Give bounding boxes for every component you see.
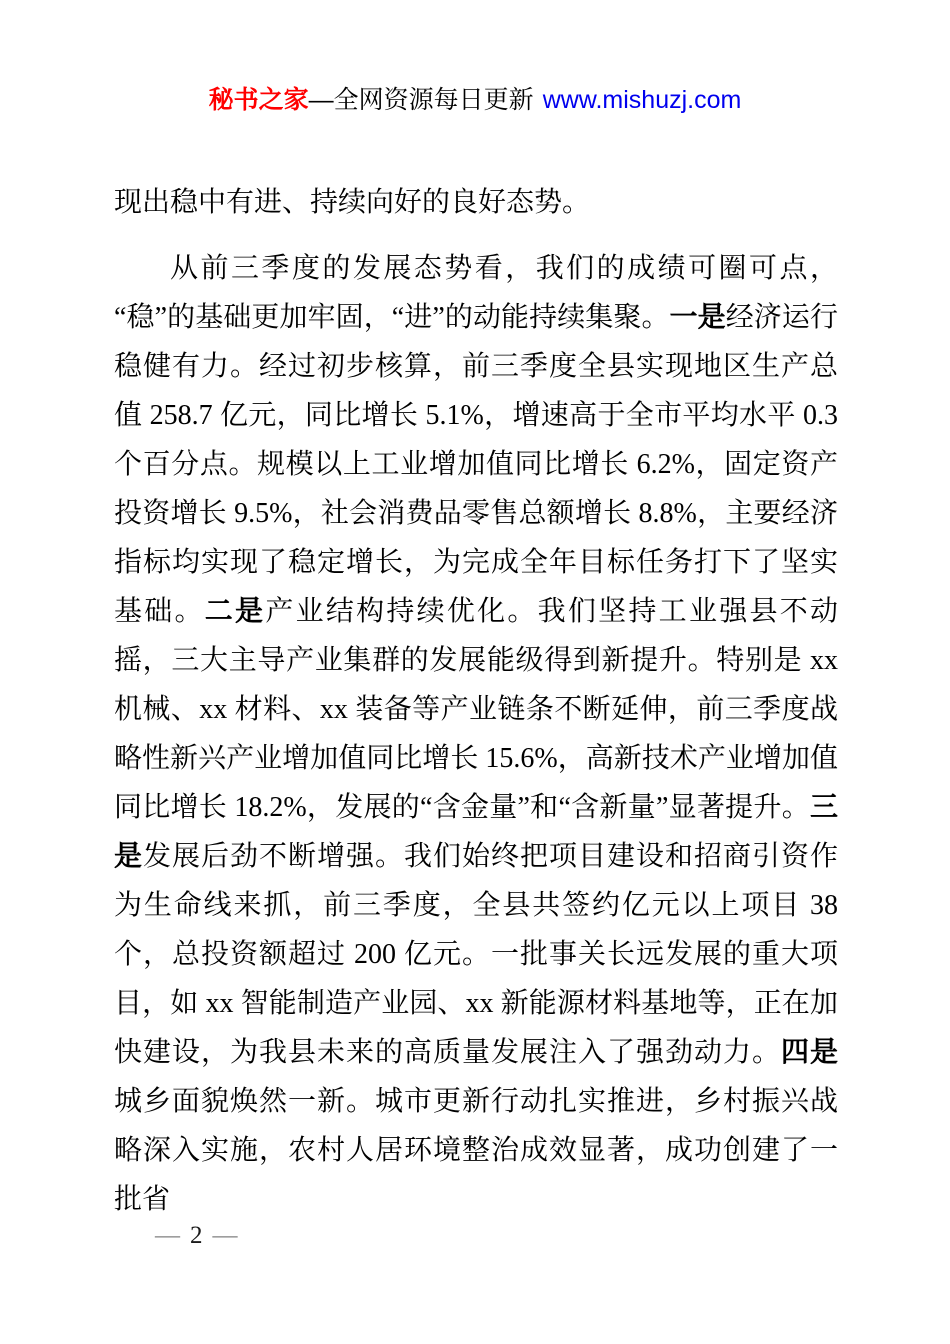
- document-body: 现出稳中有进、持续向好的良好态势。从前三季度的发展态势看，我们的成绩可圈可点，“…: [114, 178, 838, 1224]
- page-footer: —2—: [155, 1221, 238, 1251]
- site-url-link[interactable]: www.mishuzj.com: [543, 86, 742, 114]
- page-number-dash-left: —: [155, 1222, 180, 1249]
- emphasis-text: 一是: [670, 302, 726, 333]
- emphasis-text: 四是: [781, 1037, 838, 1068]
- brand-name: 秘书之家: [209, 86, 309, 114]
- paragraph: 现出稳中有进、持续向好的良好态势。: [114, 178, 838, 227]
- body-text: 产业结构持续优化。我们坚持工业强县不动摇，三大主导产业集群的发展能级得到新提升。…: [114, 596, 838, 823]
- emphasis-text: 二是: [205, 596, 266, 627]
- body-text: 经济运行稳健有力。经过初步核算，前三季度全县实现地区生产总值 258.7 亿元，…: [114, 302, 838, 627]
- header-tagline: —全网资源每日更新: [309, 86, 534, 114]
- body-text: 城乡面貌焕然一新。城市更新行动扎实推进，乡村振兴战略深入实施，农村人居环境整治成…: [114, 1086, 838, 1215]
- document-page: 秘书之家—全网资源每日更新www.mishuzj.com 现出稳中有进、持续向好…: [0, 0, 950, 1344]
- body-text: 发展后劲不断增强。我们始终把项目建设和招商引资作为生命线来抓，前三季度，全县共签…: [114, 841, 838, 1068]
- page-number-dash-right: —: [213, 1222, 238, 1249]
- body-text: 现出稳中有进、持续向好的良好态势。: [114, 187, 590, 218]
- page-number: 2: [190, 1222, 203, 1249]
- paragraph: 从前三季度的发展态势看，我们的成绩可圈可点，“稳”的基础更加牢固，“进”的动能持…: [114, 244, 838, 1224]
- site-header: 秘书之家—全网资源每日更新www.mishuzj.com: [0, 84, 950, 116]
